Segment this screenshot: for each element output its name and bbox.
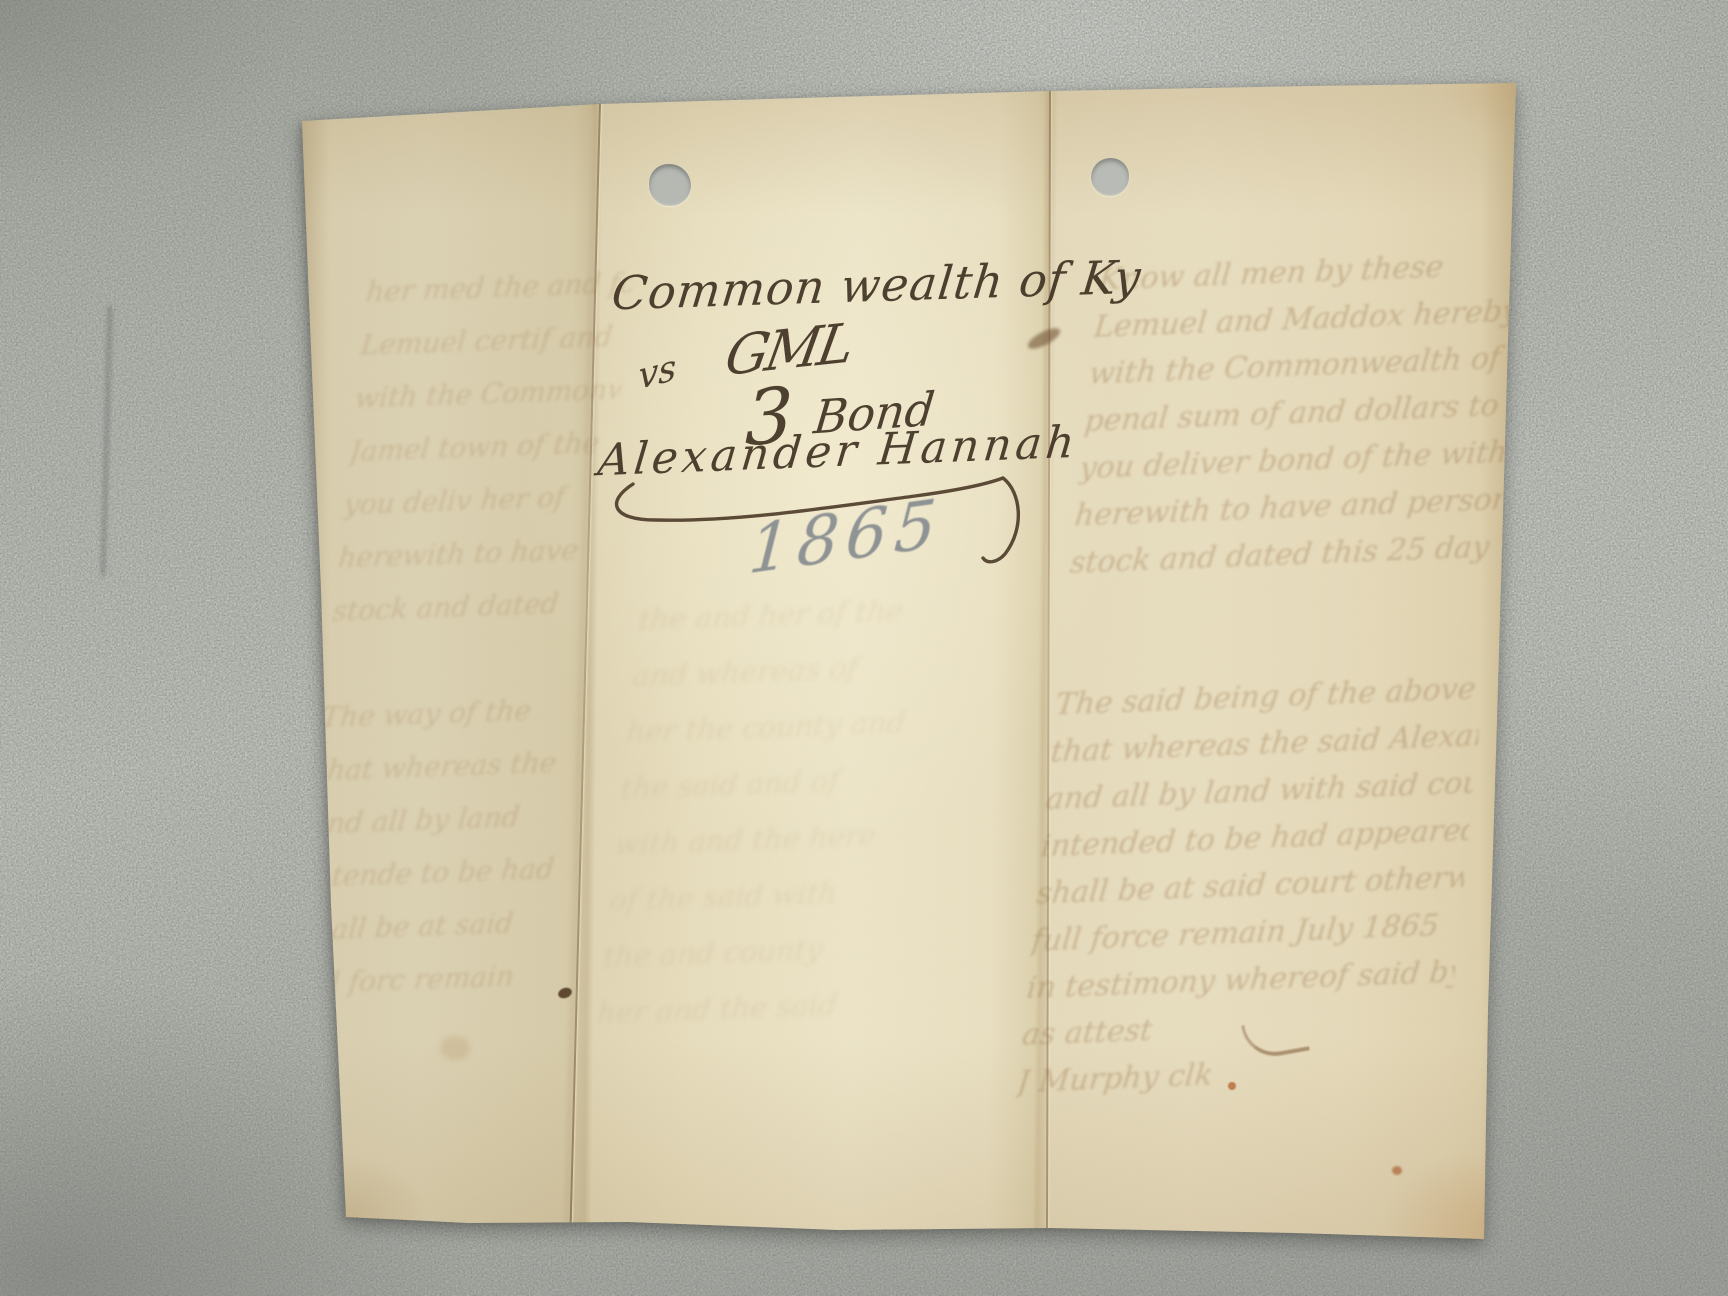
photograph-of-document: her med the and forLemuel certif andwith… [0,0,1728,1296]
rust-dot-edge [1392,1166,1402,1175]
paper-shading [0,0,1728,1296]
paper-shadow-wrapper: her med the and forLemuel certif andwith… [0,0,1728,1296]
punch-hole-left [649,164,691,206]
folded-manuscript-paper: her med the and forLemuel certif andwith… [0,0,1728,1296]
faint-blot-stain [440,1036,470,1060]
punch-hole-right [1091,158,1129,196]
rust-dot [1228,1082,1236,1090]
